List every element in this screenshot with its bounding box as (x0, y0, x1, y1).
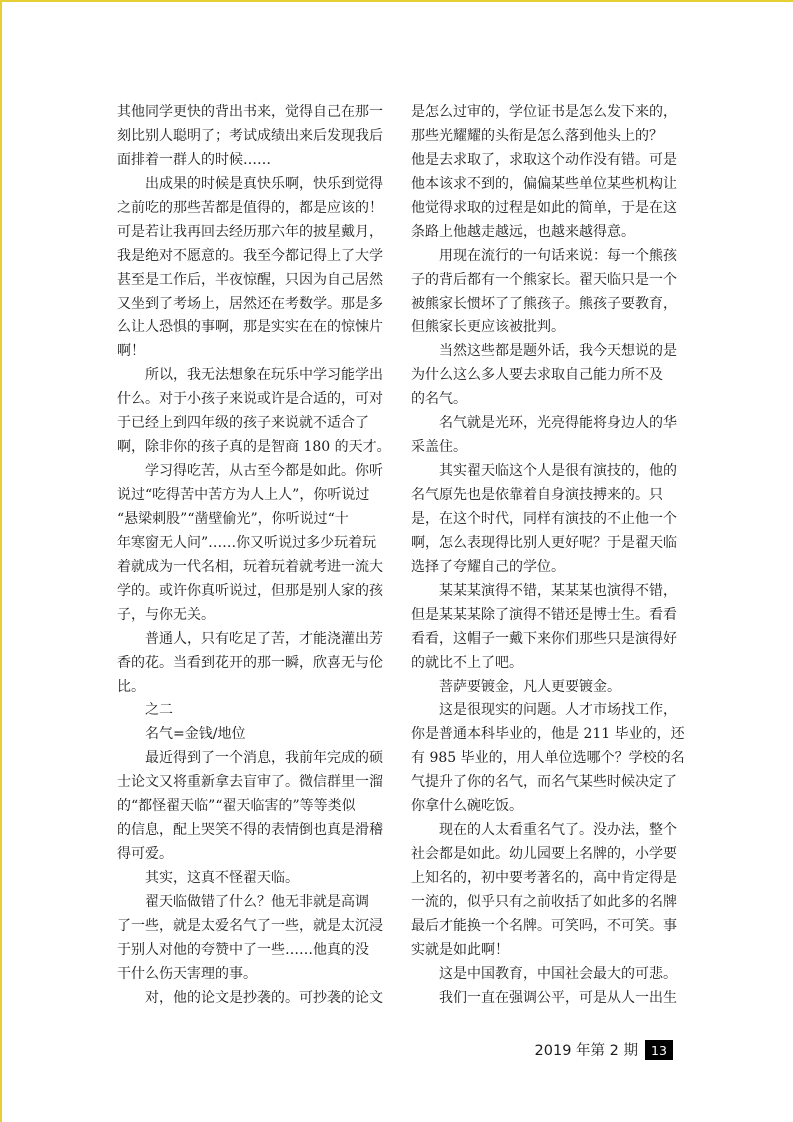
text-line: 于别人对他的夸赞中了一些……他真的没 (117, 939, 389, 963)
text-line: 当然这些都是题外话，我今天想说的是 (411, 340, 683, 364)
text-line: 于已经上到四年级的孩子来说就不适合了 (117, 412, 389, 436)
text-line: 名气=金钱/地位 (117, 723, 389, 747)
text-line: 子，与你无关。 (117, 604, 389, 628)
text-line: 他本该求不到的，偏偏某些单位某些机构让 (411, 173, 683, 197)
text-line: 你是普通本科毕业的，他是 211 毕业的，还 (411, 723, 683, 747)
text-line: 社会都是如此。幼儿园要上名牌的，小学要 (411, 843, 683, 867)
text-line: 其实翟天临这个人是很有演技的，他的 (411, 460, 683, 484)
text-line: 出成果的时候是真快乐啊，快乐到觉得 (117, 173, 389, 197)
text-line: 又坐到了考场上，居然还在考数学。那是多 (117, 293, 389, 317)
text-line: 有 985 毕业的，用人单位选哪个？学校的名 (411, 747, 683, 771)
text-line: 子的背后都有一个熊家长。翟天临只是一个 (411, 269, 683, 293)
text-line: 得可爱。 (117, 843, 389, 867)
text-line: 其实，这真不怪翟天临。 (117, 867, 389, 891)
page-number-badge: 13 (645, 1040, 673, 1060)
text-line: 现在的人太看重名气了。没办法，整个 (411, 819, 683, 843)
text-line: 最近得到了一个消息，我前年完成的硕 (117, 747, 389, 771)
text-line: 是怎么过审的，学位证书是怎么发下来的， (411, 101, 683, 125)
text-line: 的“都怪翟天临”“翟天临害的”等等类似 (117, 795, 389, 819)
text-line: 香的花。当看到花开的那一瞬，欣喜无与伦 (117, 652, 389, 676)
text-line: 名气就是光环，光亮得能将身边人的华 (411, 412, 683, 436)
text-line: 那些光耀耀的头衔是怎么落到他头上的？ (411, 125, 683, 149)
text-line: 一流的，似乎只有之前收括了如此多的名牌 (411, 891, 683, 915)
text-line: 但熊家长更应该被批判。 (411, 316, 683, 340)
text-line: 什么。对于小孩子来说或许是合适的，可对 (117, 388, 389, 412)
text-line: 着就成为一代名相，玩着玩着就考进一流大 (117, 556, 389, 580)
text-line: 所以，我无法想象在玩乐中学习能学出 (117, 364, 389, 388)
text-line: 上知名的，初中要考著名的，高中肯定得是 (411, 867, 683, 891)
text-line: 说过“吃得苦中苦方为人上人”，你听说过 (117, 484, 389, 508)
text-line: 某某某演得不错，某某某也演得不错， (411, 580, 683, 604)
text-line: 这是很现实的问题。人才市场找工作， (411, 699, 683, 723)
text-line: 对，他的论文是抄袭的。可抄袭的论文 (117, 987, 389, 1011)
page-edge-left-line (0, 0, 2, 1122)
text-line: 实就是如此啊！ (411, 939, 683, 963)
text-line: 看看，这帽子一戴下来你们那些只是演得好 (411, 628, 683, 652)
text-line: 之二 (117, 699, 389, 723)
text-line: 年寒窗无人问”……你又听说过多少玩着玩 (117, 532, 389, 556)
text-line: 采盖住。 (411, 436, 683, 460)
text-line: 菩萨要镀金，凡人更要镀金。 (411, 676, 683, 700)
text-line: 最后才能换一个名牌。可笑吗，不可笑。事 (411, 915, 683, 939)
text-line: 学的。或许你真听说过，但那是别人家的孩 (117, 580, 389, 604)
text-line: 用现在流行的一句话来说：每一个熊孩 (411, 245, 683, 269)
text-line: 了一些，就是太爱名气了一些，就是太沉浸 (117, 915, 389, 939)
text-line: 之前吃的那些苦都是值得的，都是应该的！ (117, 197, 389, 221)
text-line: 他是去求取了，求取这个动作没有错。可是 (411, 149, 683, 173)
text-line: 刻比别人聪明了；考试成绩出来后发现我后 (117, 125, 389, 149)
text-line: 甚至是工作后，半夜惊醒，只因为自己居然 (117, 269, 389, 293)
text-line: 名气原先也是依靠着自身演技搏来的。只 (411, 484, 683, 508)
text-line: 可是若让我再回去经历那六年的披星戴月， (117, 221, 389, 245)
text-line: 啊，除非你的孩子真的是智商 180 的天才。 (117, 436, 389, 460)
text-line: 其他同学更快的背出书来，觉得自己在那一 (117, 101, 389, 125)
text-line: 但是某某某除了演得不错还是博士生。看看 (411, 604, 683, 628)
text-line: 选择了夸耀自己的学位。 (411, 556, 683, 580)
article-right-column: 是怎么过审的，学位证书是怎么发下来的，那些光耀耀的头衔是怎么落到他头上的？他是去… (411, 101, 683, 1011)
text-line: 普通人，只有吃足了苦，才能浇灌出芳 (117, 628, 389, 652)
text-line: 为什么这么多人要去求取自己能力所不及 (411, 364, 683, 388)
text-line: 学习得吃苦，从古至今都是如此。你听 (117, 460, 389, 484)
article-left-column: 其他同学更快的背出书来，觉得自己在那一刻比别人聪明了；考试成绩出来后发现我后面排… (117, 101, 389, 1011)
text-line: 气提升了你的名气，而名气某些时候决定了 (411, 771, 683, 795)
text-line: “悬梁刺股”“凿壁偷光”，你听说过“十 (117, 508, 389, 532)
text-line: 我是绝对不愿意的。我至今都记得上了大学 (117, 245, 389, 269)
text-line: 啊，怎么表现得比别人更好呢？于是翟天临 (411, 532, 683, 556)
text-line: 的信息，配上哭笑不得的表情倒也真是滑稽 (117, 819, 389, 843)
page-edge-top-line (0, 0, 793, 2)
text-line: 这是中国教育，中国社会最大的可悲。 (411, 963, 683, 987)
text-line: 的就比不上了吧。 (411, 652, 683, 676)
text-line: 翟天临做错了什么？他无非就是高调 (117, 891, 389, 915)
text-line: 你拿什么碗吃饭。 (411, 795, 683, 819)
text-line: 啊！ (117, 340, 389, 364)
text-line: 么让人恐惧的事啊，那是实实在在的惊悚片 (117, 316, 389, 340)
text-line: 被熊家长惯坏了了熊孩子。熊孩子要教育， (411, 293, 683, 317)
magazine-page: 其他同学更快的背出书来，觉得自己在那一刻比别人聪明了；考试成绩出来后发现我后面排… (0, 0, 793, 1122)
text-line: 面排着一群人的时候…… (117, 149, 389, 173)
text-line: 条路上他越走越远，也越来越得意。 (411, 221, 683, 245)
text-line: 士论文又将重新拿去盲审了。微信群里一溜 (117, 771, 389, 795)
text-line: 他觉得求取的过程是如此的简单，于是在这 (411, 197, 683, 221)
footer-issue-label: 2019 年第 2 期 (460, 1041, 638, 1061)
text-line: 比。 (117, 676, 389, 700)
text-line: 的名气。 (411, 388, 683, 412)
text-line: 是，在这个时代，同样有演技的不止他一个 (411, 508, 683, 532)
text-line: 我们一直在强调公平，可是从人一出生 (411, 987, 683, 1011)
text-line: 干什么伤天害理的事。 (117, 963, 389, 987)
